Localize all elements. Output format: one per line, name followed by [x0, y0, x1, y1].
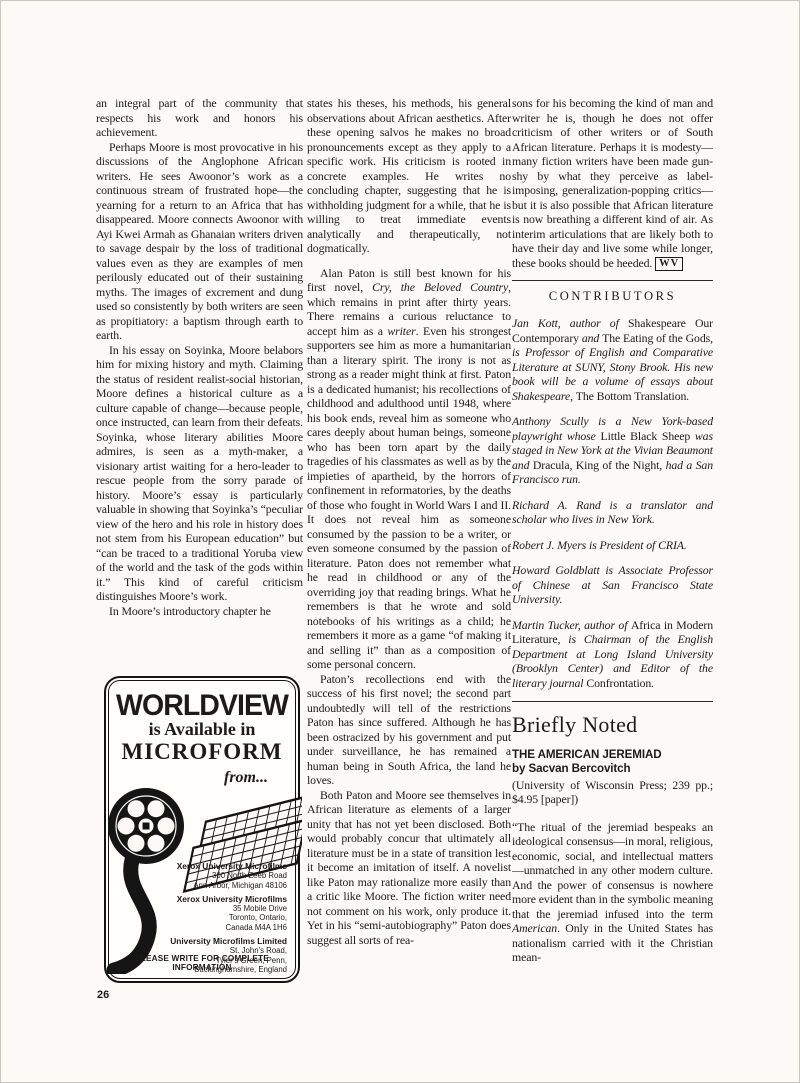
section-divider: [512, 701, 713, 702]
publisher-info: (University of Wisconsin Press; 239 pp.;…: [512, 778, 713, 807]
book-title: THE AMERICAN JEREMIAD: [512, 748, 713, 762]
contributor-bio: Anthony Scully is a New York-based playw…: [512, 414, 713, 487]
ad-plea: PLEASE WRITE FOR COMPLETE INFORMATION: [106, 954, 298, 972]
ad-microform-label: MICROFORM: [106, 740, 298, 764]
book-author: by Sacvan Bercovitch: [512, 762, 713, 776]
ad-subtitle: is Available in: [106, 720, 298, 739]
column-2: states his theses, his methods, his gene…: [307, 96, 511, 1054]
ad-address-block: Xerox University Microfilms300 North Zee…: [129, 862, 287, 890]
contributor-bio: Richard A. Rand is a translator and scho…: [512, 498, 713, 527]
film-reel-icon: [108, 788, 184, 864]
body-paragraph: Paton’s recollections end with the succe…: [307, 672, 511, 788]
contributor-bio: Jan Kott, author of Shakespeare Our Cont…: [512, 316, 713, 403]
ad-title: WORLDVIEW: [111, 691, 293, 721]
body-paragraph: sons for his becoming the kind of man an…: [512, 96, 713, 270]
contributor-bio: Robert J. Myers is President of CRIA.: [512, 538, 713, 553]
microform-ad: WORLDVIEW is Available in MICROFORM from…: [104, 676, 300, 983]
magazine-page: an integral part of the community that r…: [0, 0, 800, 1083]
contributors-heading: CONTRIBUTORS: [512, 289, 713, 304]
briefly-noted-heading: Briefly Noted: [512, 718, 713, 733]
body-paragraph: In his essay on Soyinka, Moore belabors …: [96, 343, 303, 604]
contributor-bio: Howard Goldblatt is Associate Professor …: [512, 563, 713, 607]
ad-from-label: from...: [106, 770, 298, 786]
body-paragraph: states his theses, his methods, his gene…: [307, 96, 511, 256]
review-conclusion: sons for his becoming the kind of man an…: [512, 96, 713, 271]
page-number: 26: [97, 989, 109, 1001]
body-paragraph: Both Paton and Moore see themselves in A…: [307, 788, 511, 948]
book-excerpt: “The ritual of the jeremiad bespeaks an …: [512, 820, 713, 965]
briefly-noted-section: Briefly Noted THE AMERICAN JEREMIAD by S…: [512, 718, 713, 965]
column-1: an integral part of the community that r…: [96, 96, 303, 672]
section-divider: [512, 280, 713, 281]
body-paragraph: In Moore’s introductory chapter he: [96, 604, 303, 619]
body-paragraph: an integral part of the community that r…: [96, 96, 303, 140]
body-paragraph: Perhaps Moore is most provocative in his…: [96, 140, 303, 343]
worldview-endmark: WV: [655, 257, 683, 271]
contributor-bio: Martin Tucker, author of Africa in Moder…: [512, 618, 713, 691]
column-3: sons for his becoming the kind of man an…: [512, 96, 713, 1058]
body-paragraph: Alan Paton is still best known for his f…: [307, 266, 511, 672]
ad-address-block: Xerox University Microfilms35 Mobile Dri…: [129, 895, 287, 932]
